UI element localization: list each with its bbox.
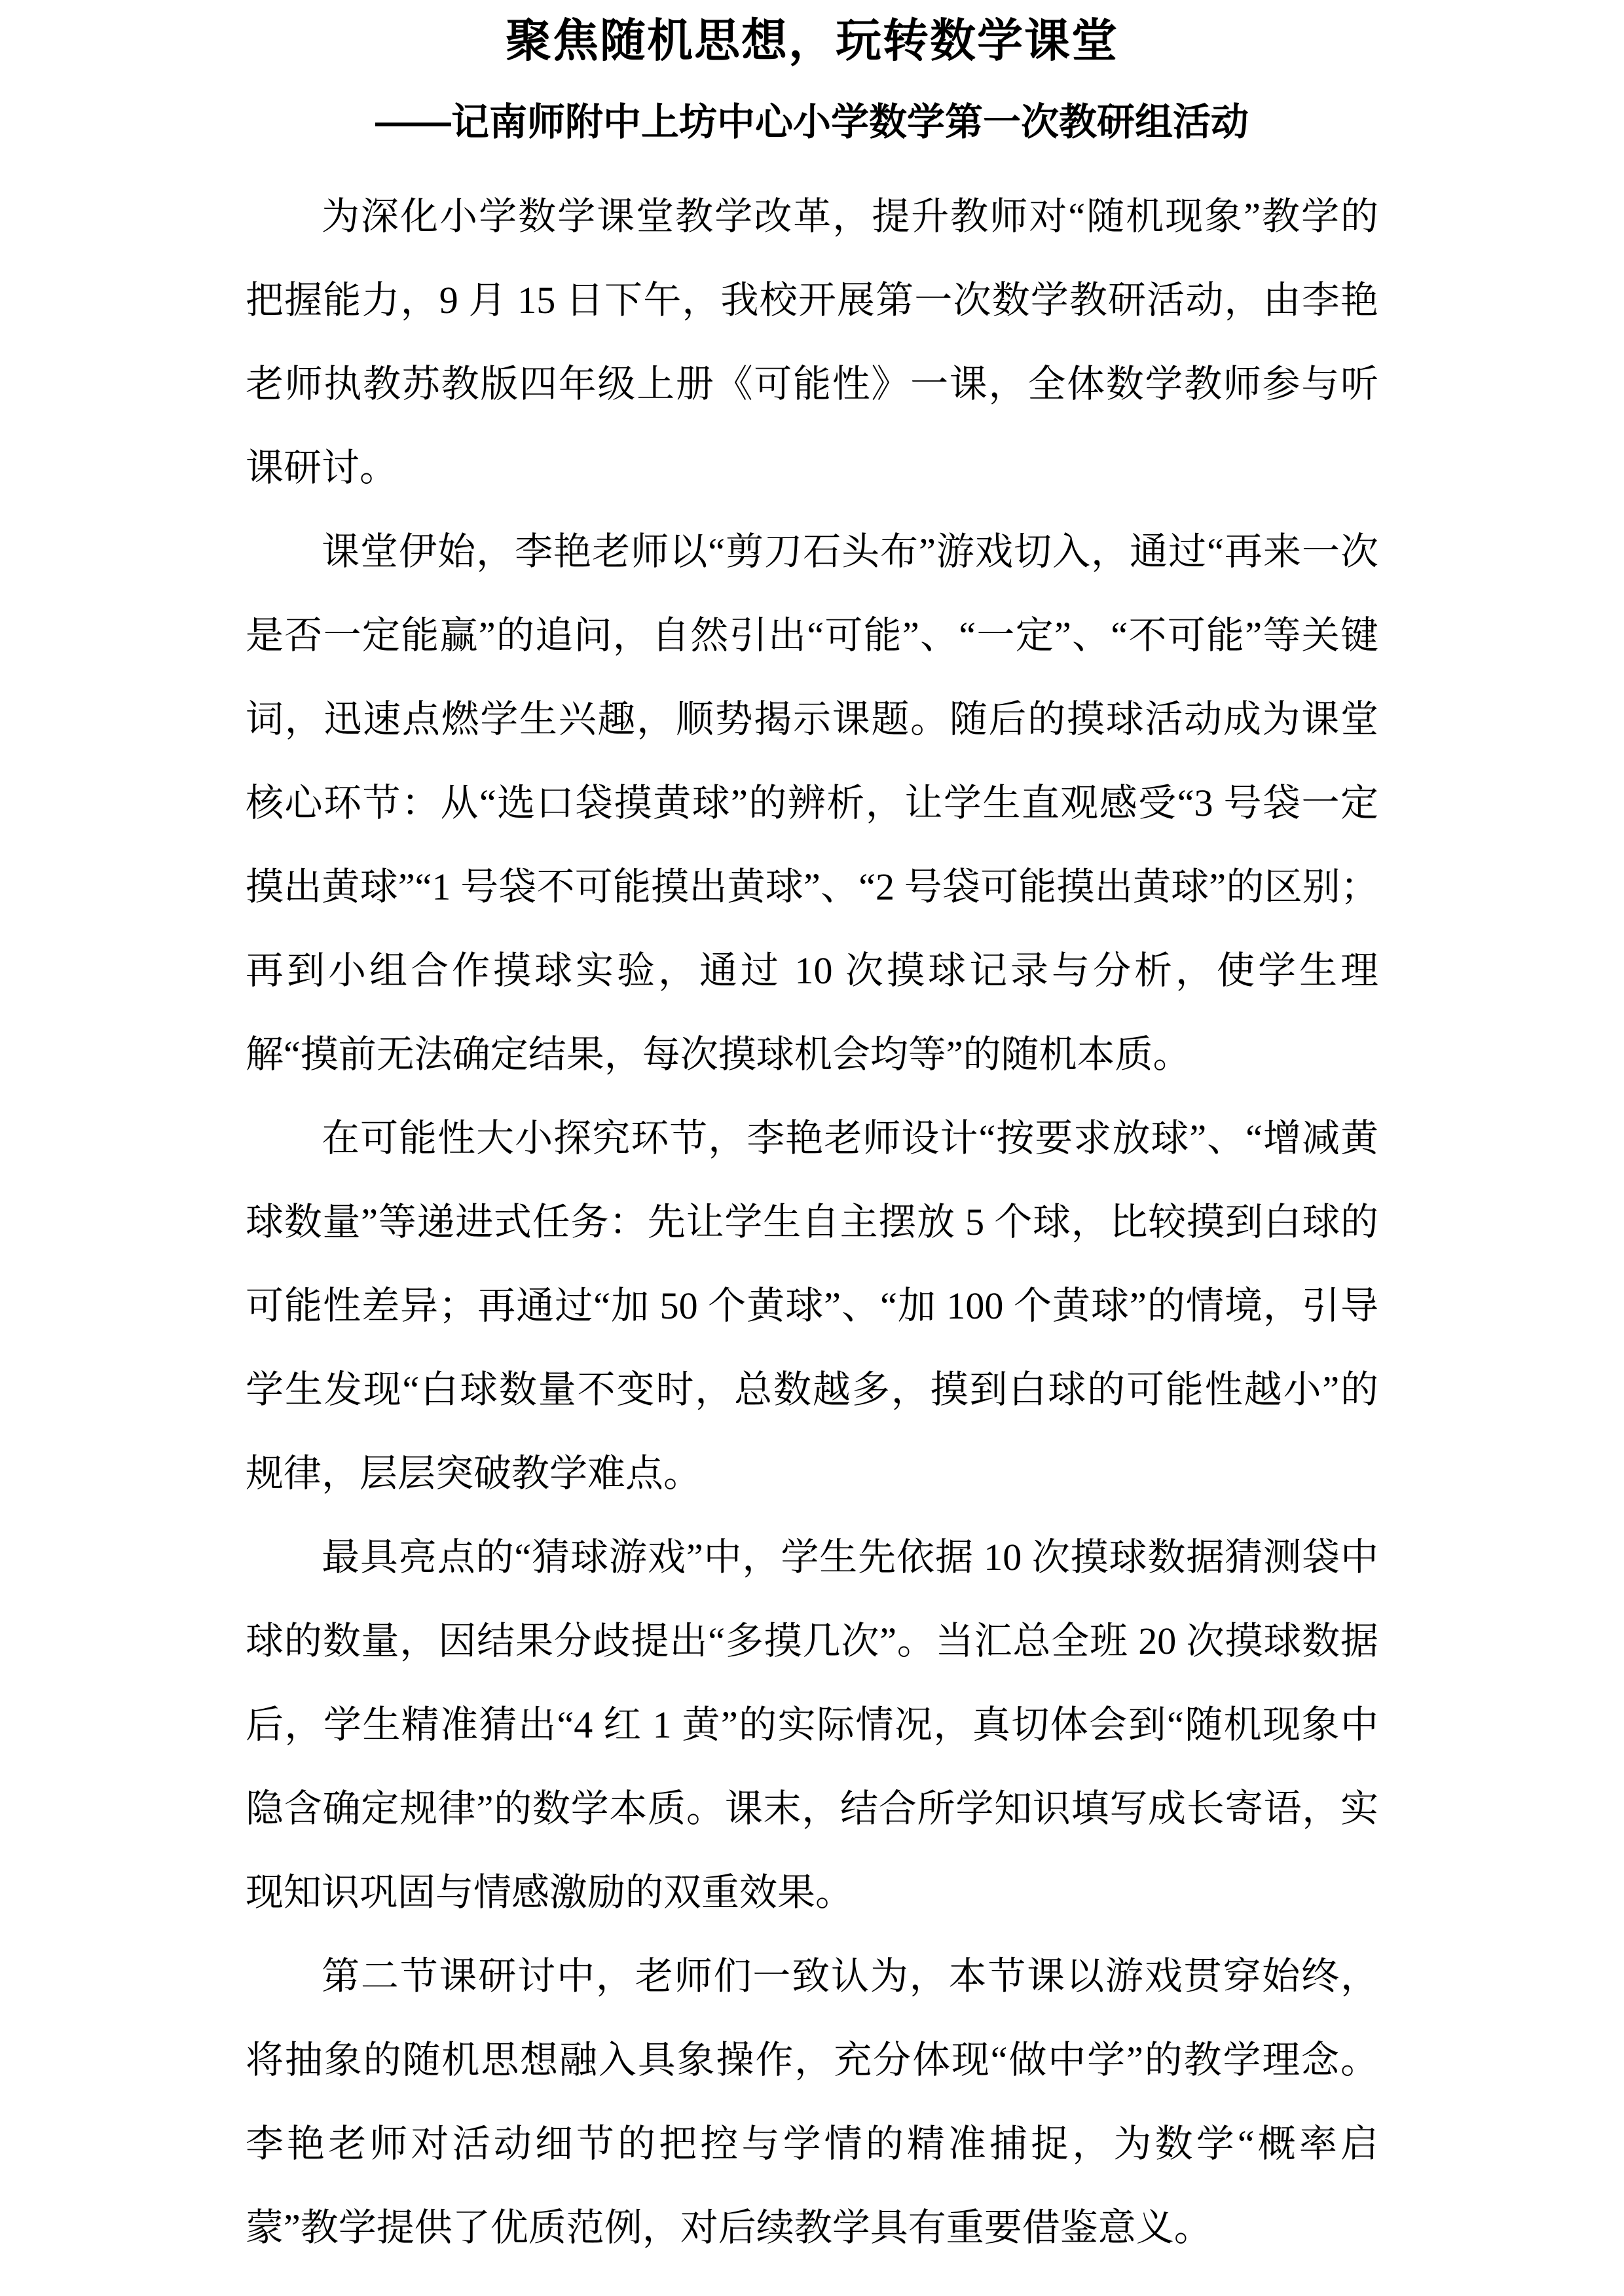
- paragraph-4: 最具亮点的“猜球游戏”中，学生先依据 10 次摸球数据猜测袋中球的数量，因结果分…: [246, 1516, 1378, 1935]
- document-subtitle: ——记南师附中上坊中心小学数学第一次教研组活动: [0, 101, 1624, 144]
- paragraph-5: 第二节课研讨中，老师们一致认为，本节课以游戏贯穿始终，将抽象的随机思想融入具象操…: [246, 1935, 1378, 2270]
- document-title: 聚焦随机思想，玩转数学课堂: [0, 0, 1624, 67]
- paragraph-2: 课堂伊始，李艳老师以“剪刀石头布”游戏切入，通过“再来一次是否一定能赢”的追问，…: [246, 510, 1378, 1097]
- document-page: 聚焦随机思想，玩转数学课堂 ——记南师附中上坊中心小学数学第一次教研组活动 为深…: [0, 0, 1624, 2296]
- paragraph-3: 在可能性大小探究环节，李艳老师设计“按要求放球”、“增减黄球数量”等递进式任务：…: [246, 1097, 1378, 1516]
- paragraph-1: 为深化小学数学课堂教学改革，提升教师对“随机现象”教学的把握能力，9 月 15 …: [246, 175, 1378, 510]
- document-body: 为深化小学数学课堂教学改革，提升教师对“随机现象”教学的把握能力，9 月 15 …: [246, 175, 1378, 2270]
